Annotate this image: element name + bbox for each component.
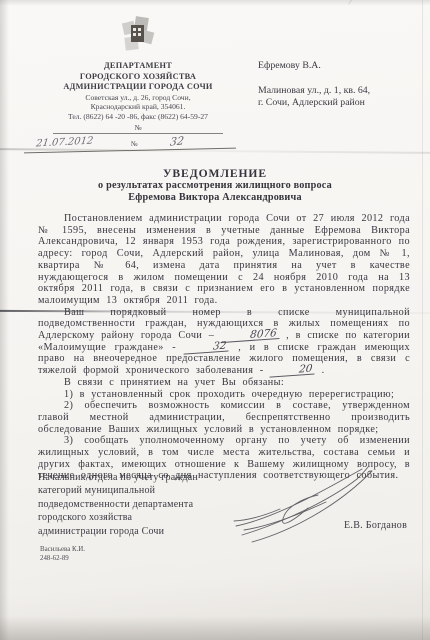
recipient-address-line2: г. Сочи, Адлерский район [258, 97, 423, 109]
fold-crease-corner [348, 0, 430, 60]
org-name-line3: АДМИНИСТРАЦИИ ГОРОДА СОЧИ [32, 82, 244, 93]
letter-body: Постановлением администрации города Сочи… [38, 213, 410, 482]
title-person: Ефремова Виктора Александровича [0, 192, 430, 204]
executor-block: Васильева К.И. 248-62-89 [40, 546, 85, 563]
date-number-row: 21.07.2012 № 32 [32, 135, 244, 152]
org-name-line2: ГОРОДСКОГО ХОЗЯЙСТВА [32, 72, 244, 83]
position-line1: Начальник отдела по учету граждан [38, 471, 253, 484]
queue-text-4: . [315, 365, 324, 376]
department-emblem-icon [120, 16, 156, 58]
paragraph-queue-numbers: Ваш порядковый номер в списке муниципаль… [38, 307, 410, 377]
obligations-intro: В связи с принятием на учет Вы обязаны: [38, 377, 410, 389]
recipient-name: Ефремову В.А. [258, 60, 423, 72]
signatory-position: Начальник отдела по учету граждан катего… [38, 471, 253, 538]
org-phone-line: Тел. (8622) 64 -20 -86, факс (8622) 64-5… [32, 112, 244, 122]
handwritten-date: 21.07.2012 [35, 135, 94, 149]
scan-shadow-left [0, 0, 9, 640]
scanned-notification-letter: ДЕПАРТАМЕНТ ГОРОДСКОГО ХОЗЯЙСТВА АДМИНИС… [0, 0, 430, 640]
obligation-item-2: 2) обеспечить возможность комиссии в сос… [38, 400, 410, 435]
handwritten-illness-number: 20 [269, 365, 315, 378]
document-title: УВЕДОМЛЕНИЕ о результатах рассмотрения ж… [0, 167, 430, 205]
recipient-address-line1: Малиновая ул., д. 1, кв. 64, [258, 85, 423, 97]
org-address-line2: Краснодарский край, 354061. [32, 102, 244, 112]
recipient-block: Ефремову В.А. Малиновая ул., д. 1, кв. 6… [258, 60, 423, 109]
position-line3: подведомственности департамента [38, 498, 253, 511]
executor-phone: 248-62-89 [40, 555, 85, 564]
pen-signature [230, 464, 395, 549]
executor-name: Васильева К.И. [40, 546, 85, 555]
position-line2: категорий муниципальной [38, 484, 253, 497]
handwritten-outgoing-number: 32 [169, 134, 184, 149]
signer-name: Е.В. Богданов [344, 520, 407, 531]
title-subject: о результатах рассмотрения жилищного воп… [0, 180, 430, 192]
number-sign-top: № [32, 124, 244, 132]
handwritten-poor-category-number: 32 [184, 341, 230, 354]
position-line5: администрации города Сочи [38, 525, 253, 538]
number-sign: № [131, 140, 138, 148]
position-line4: городского хозяйства [38, 511, 253, 524]
org-name-line1: ДЕПАРТАМЕНТ [32, 61, 244, 72]
org-address-line1: Советская ул., д. 26, город Сочи, [32, 93, 244, 103]
title-main: УВЕДОМЛЕНИЕ [0, 167, 430, 180]
reference-rule-top [53, 133, 223, 134]
paragraph-resolution: Постановлением администрации города Сочи… [38, 213, 410, 307]
letterhead: ДЕПАРТАМЕНТ ГОРОДСКОГО ХОЗЯЙСТВА АДМИНИС… [32, 16, 244, 152]
obligation-item-1: 1) в установленный срок проходить очеред… [38, 389, 410, 401]
scan-shadow-bottom [0, 616, 430, 640]
